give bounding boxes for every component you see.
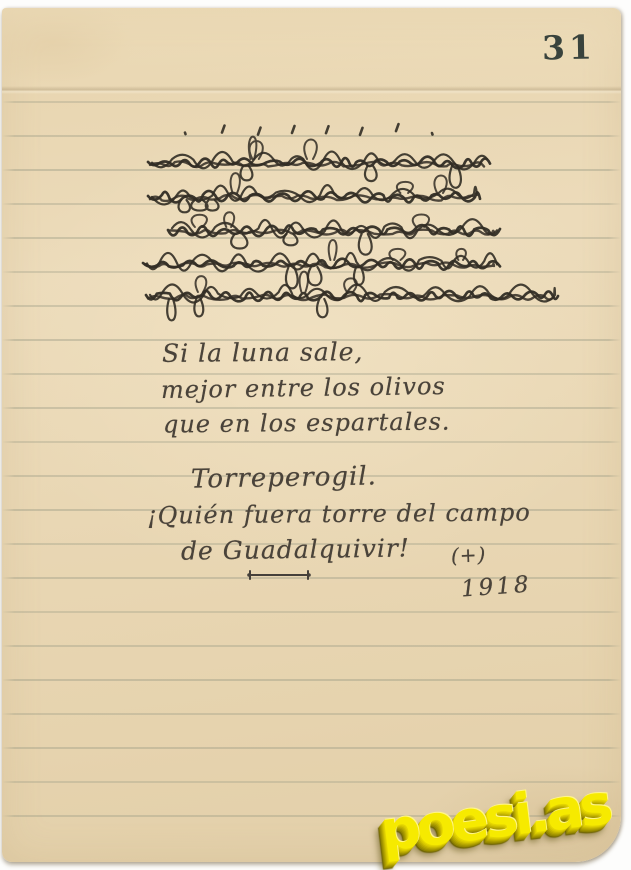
verse-line-torre-2: ¡Quién fuera torre del campo [147,498,531,529]
verse-line-luna-1: Si la luna sale, [162,337,364,368]
annotation-mark: (+) [451,542,487,567]
verse-line-torre-3: de Guadalquivir! [181,533,410,565]
page-number: 31 [542,28,597,68]
verse-line-luna-2: mejor entre los olivos [161,372,446,404]
insertion-mark [246,568,314,582]
verse-line-luna-3: que en los espartales. [163,407,451,438]
scanned-manuscript-page: Si la luna sale, mejor entre los olivos … [0,0,631,870]
verse-line-torre-1: Torreperogil. [191,461,377,494]
annotation-year: 1918 [460,572,532,603]
paper-sheet: Si la luna sale, mejor entre los olivos … [2,8,621,862]
